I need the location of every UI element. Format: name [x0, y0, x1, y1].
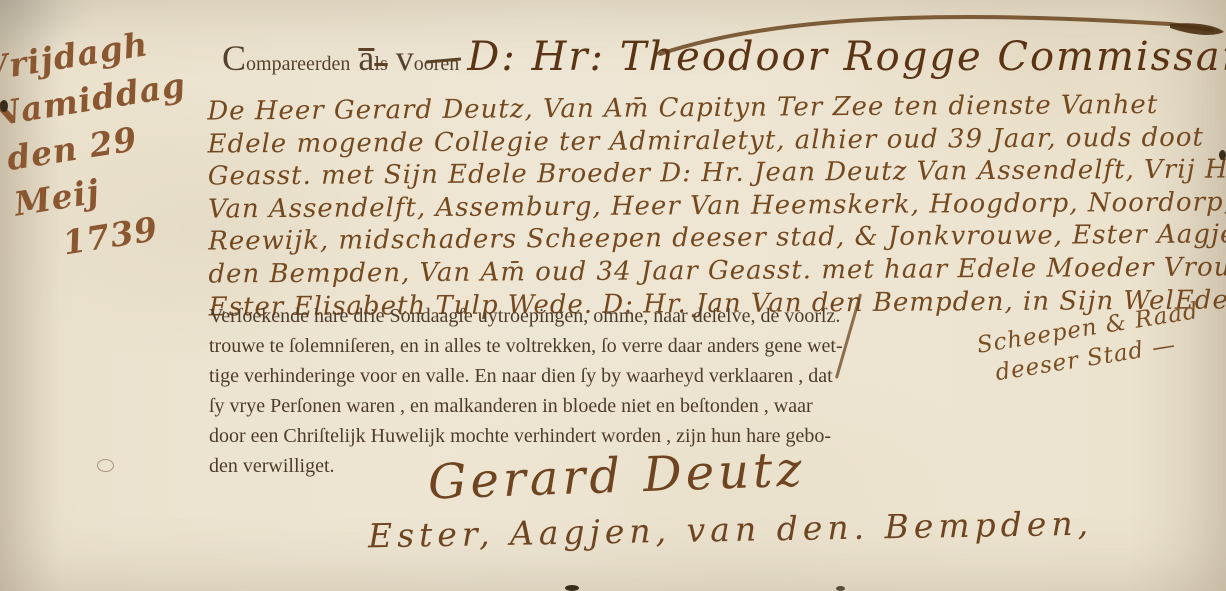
- ink-speck: [836, 586, 845, 591]
- printed-vooren: vooren: [396, 37, 460, 79]
- ink-speck: [565, 585, 579, 591]
- printed-line: trouwe te ſolemniſeren, en in alles te v…: [209, 331, 1039, 361]
- ink-speck: [0, 100, 8, 112]
- handwritten-entry-body: De Heer Gerard Deutz, Van Am̄ Capityn Te…: [207, 88, 1219, 323]
- printed-compareerden: Compareerden: [222, 37, 350, 79]
- printed-line: door een Chriſtelijk Huwelijk mochte ver…: [209, 421, 1039, 451]
- printed-line: Verſoekende hare drie Sondaagſe uytroepi…: [209, 301, 1039, 331]
- opening-line: Compareerden als vooren D: Hr: Theodoor …: [222, 34, 1222, 80]
- printed-line: tige verhinderinge voor en valle. En naa…: [209, 361, 1039, 391]
- stain-mark: [97, 459, 114, 472]
- printed-line: ſy vrye Perſonen waren , en malkanderen …: [209, 391, 1039, 421]
- struck-word-als: als: [358, 37, 387, 79]
- manuscript-page: Vrijdagh Namiddag den 29 Meij 1739 Compa…: [0, 0, 1226, 591]
- signature-groom: Gerard Deutz: [427, 441, 806, 510]
- margin-date-note: Vrijdagh Namiddag den 29 Meij 1739: [0, 11, 243, 274]
- signature-bride: Ester, Aagjen, van den. Bempden,: [368, 504, 1094, 556]
- ink-speck: [1219, 150, 1226, 160]
- commissioner-name-script: D: Hr: Theodoor Rogge Commissaris: [467, 34, 1226, 80]
